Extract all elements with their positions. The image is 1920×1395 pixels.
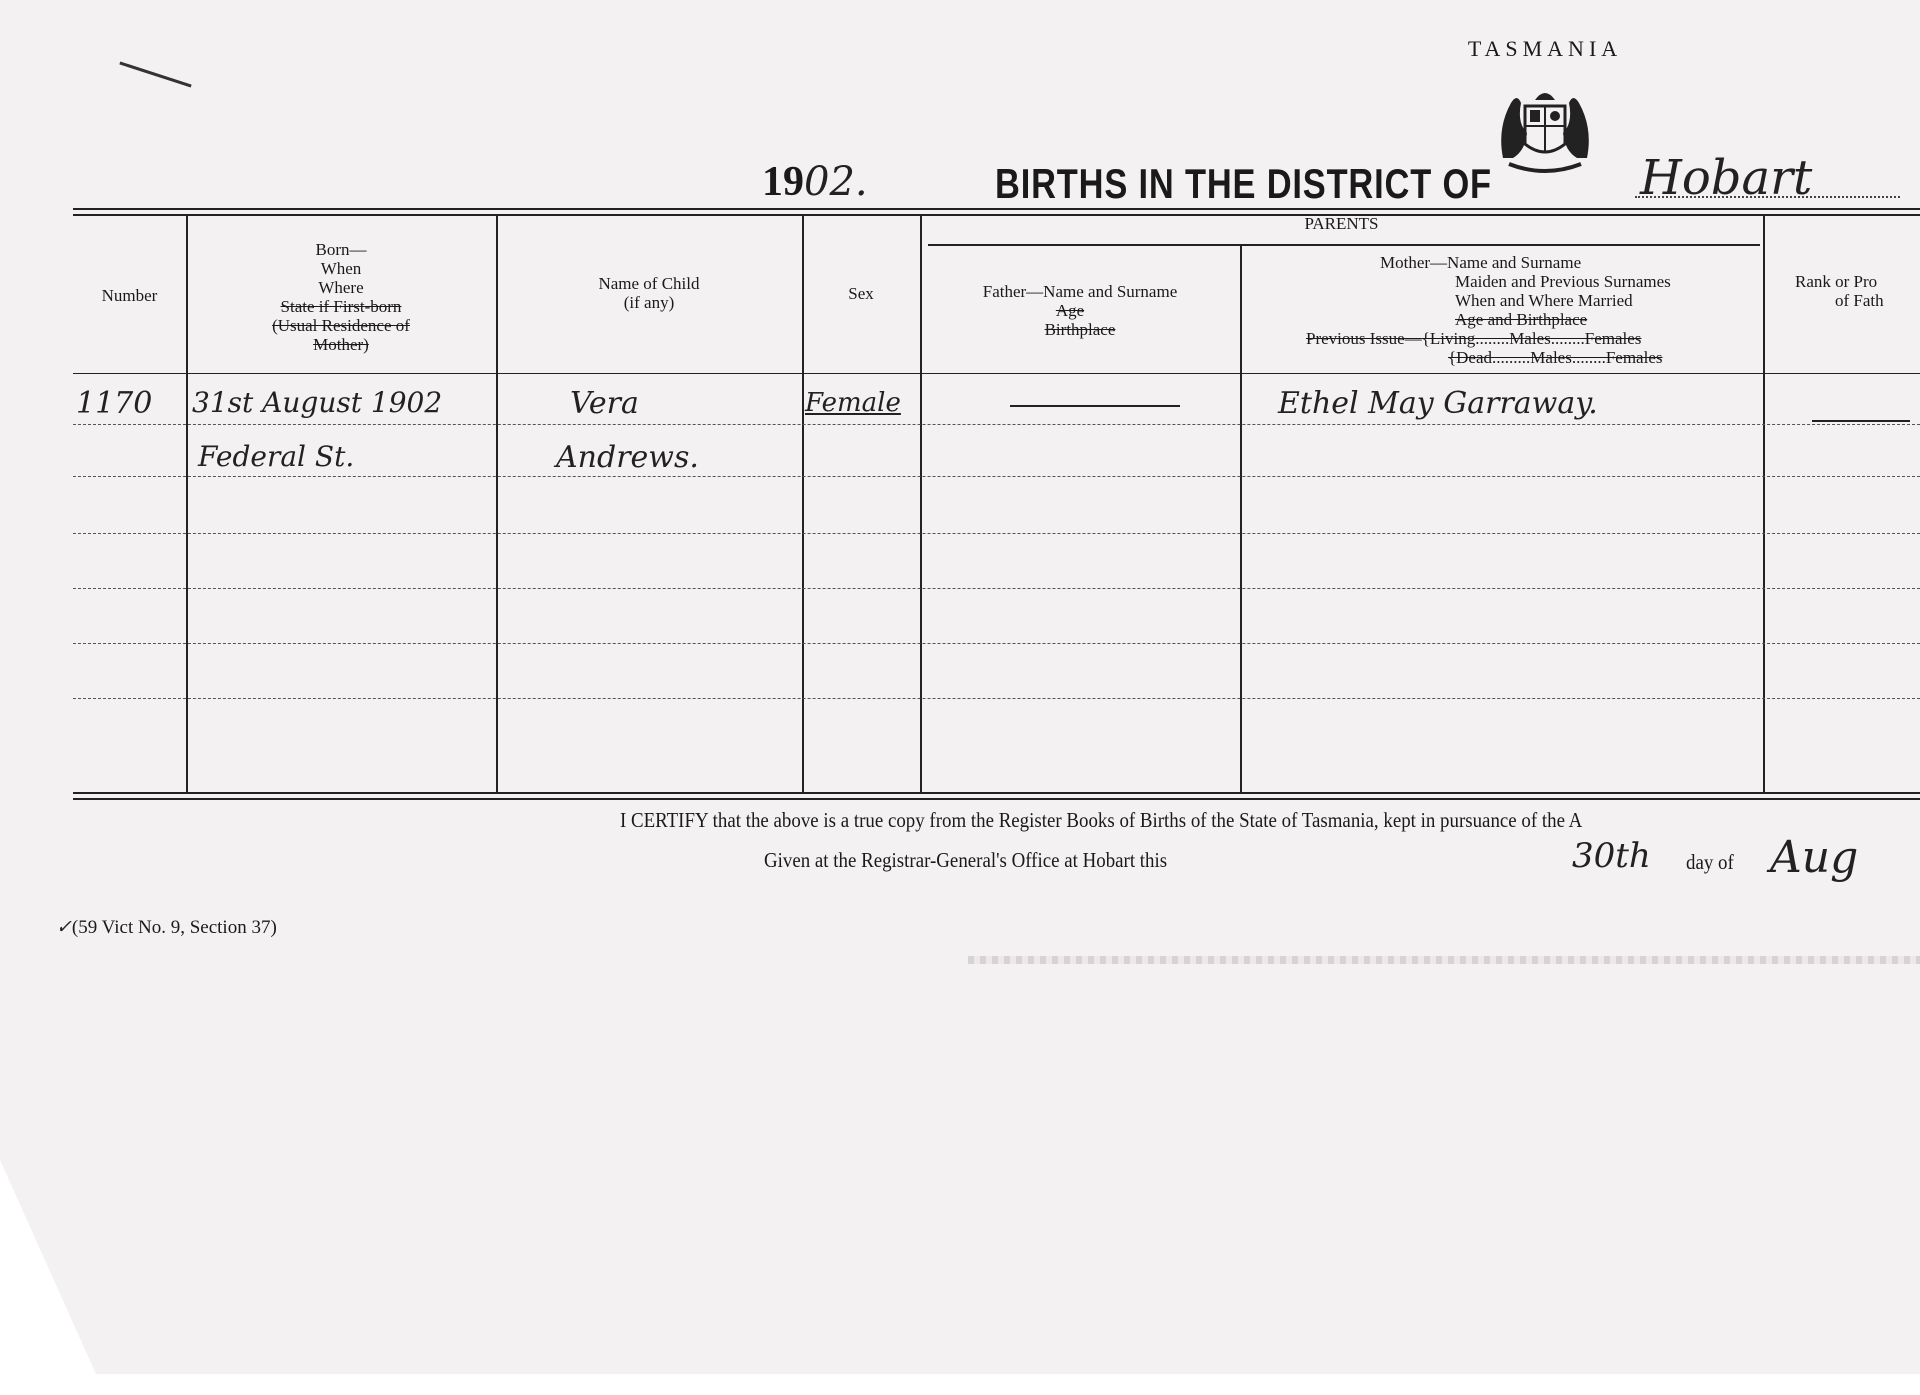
rank-label: Rank or Pro [1770, 272, 1920, 291]
row-line [73, 588, 1920, 589]
col-divider [1240, 245, 1242, 792]
first-born-label: State if First-born [186, 297, 496, 316]
header-name-of-child: Name of Child (if any) [496, 274, 802, 312]
mother-name: Ethel May Garraway. [1278, 386, 1598, 421]
father-name-label: Father—Name and Surname [935, 282, 1225, 301]
child-first-name: Vera [570, 386, 639, 421]
header-sex: Sex [802, 284, 920, 303]
tasmania-coat-of-arms-icon [1485, 68, 1605, 188]
district-dotted-line [1635, 196, 1900, 198]
header-rank: Rank or Pro of Fath [1770, 272, 1920, 310]
child-sex: Female [805, 388, 901, 418]
certify-month: Aug [1770, 832, 1858, 883]
security-stripe [968, 956, 1920, 964]
col-divider [1763, 215, 1765, 792]
name-of-child-label: Name of Child [496, 274, 802, 293]
certify-day: 30th [1572, 836, 1651, 876]
dead-issue-text: {Dead.........Males........Females [1250, 348, 1760, 367]
row-line [73, 698, 1920, 699]
register-year: 1902. [762, 158, 868, 206]
rank-blank-dash [1812, 420, 1910, 422]
born-when: 31st August 1902 [192, 386, 442, 419]
mother-age-birthplace-label: Age and Birthplace [1250, 310, 1760, 329]
page-title: BIRTHS IN THE DISTRICT OF [995, 160, 1492, 208]
header-parents: PARENTS [920, 214, 1763, 233]
born-where-label: Where [186, 278, 496, 297]
row-line [73, 424, 1920, 425]
statute-footnote: ✓(59 Vict No. 9, Section 37) [56, 916, 277, 939]
given-at-statement: Given at the Registrar-General's Office … [764, 848, 1167, 873]
father-birthplace-label: Birthplace [935, 320, 1225, 339]
tick-mark: ✓ [56, 916, 72, 938]
header-born: Born— When Where State if First-born (Us… [186, 240, 496, 354]
header-mother: Mother—Name and Surname Maiden and Previ… [1250, 253, 1760, 367]
mother-name-label: Mother—Name and Surname [1250, 253, 1760, 272]
married-label: When and Where Married [1250, 291, 1760, 310]
mother-label: Mother) [186, 335, 496, 354]
of-father-label: of Fath [1770, 291, 1920, 310]
father-blank-dash [1010, 405, 1180, 407]
year-handwritten: 02. [804, 159, 868, 205]
header-number: Number [73, 286, 186, 305]
header-father: Father—Name and Surname Age Birthplace [935, 282, 1225, 339]
header-bottom-rule [73, 373, 1920, 374]
born-label: Born— [186, 240, 496, 259]
year-printed: 19 [762, 159, 804, 205]
born-where: Federal St. [198, 440, 354, 473]
maiden-surname-label: Maiden and Previous Surnames [1250, 272, 1760, 291]
day-of-label: day of [1686, 850, 1734, 875]
entry-number: 1170 [76, 386, 152, 421]
usual-residence-label: (Usual Residence of [186, 316, 496, 335]
living-issue-text: {Living........Males........Females [1422, 329, 1642, 348]
if-any-label: (if any) [496, 293, 802, 312]
row-line [73, 533, 1920, 534]
state-name: TASMANIA [1440, 36, 1650, 62]
previous-issue-text: Previous Issue— [1250, 329, 1422, 348]
born-when-label: When [186, 259, 496, 278]
child-surname: Andrews. [556, 440, 699, 475]
previous-issue-label: Previous Issue—{Living........Males.....… [1250, 329, 1760, 348]
parents-rule [928, 244, 1760, 246]
statute-reference: (59 Vict No. 9, Section 37) [72, 917, 277, 938]
certify-statement: I CERTIFY that the above is a true copy … [620, 808, 1582, 833]
table-bottom-rule [73, 792, 1920, 800]
row-line [73, 476, 1920, 477]
row-line [73, 643, 1920, 644]
father-age-label: Age [915, 301, 1225, 320]
